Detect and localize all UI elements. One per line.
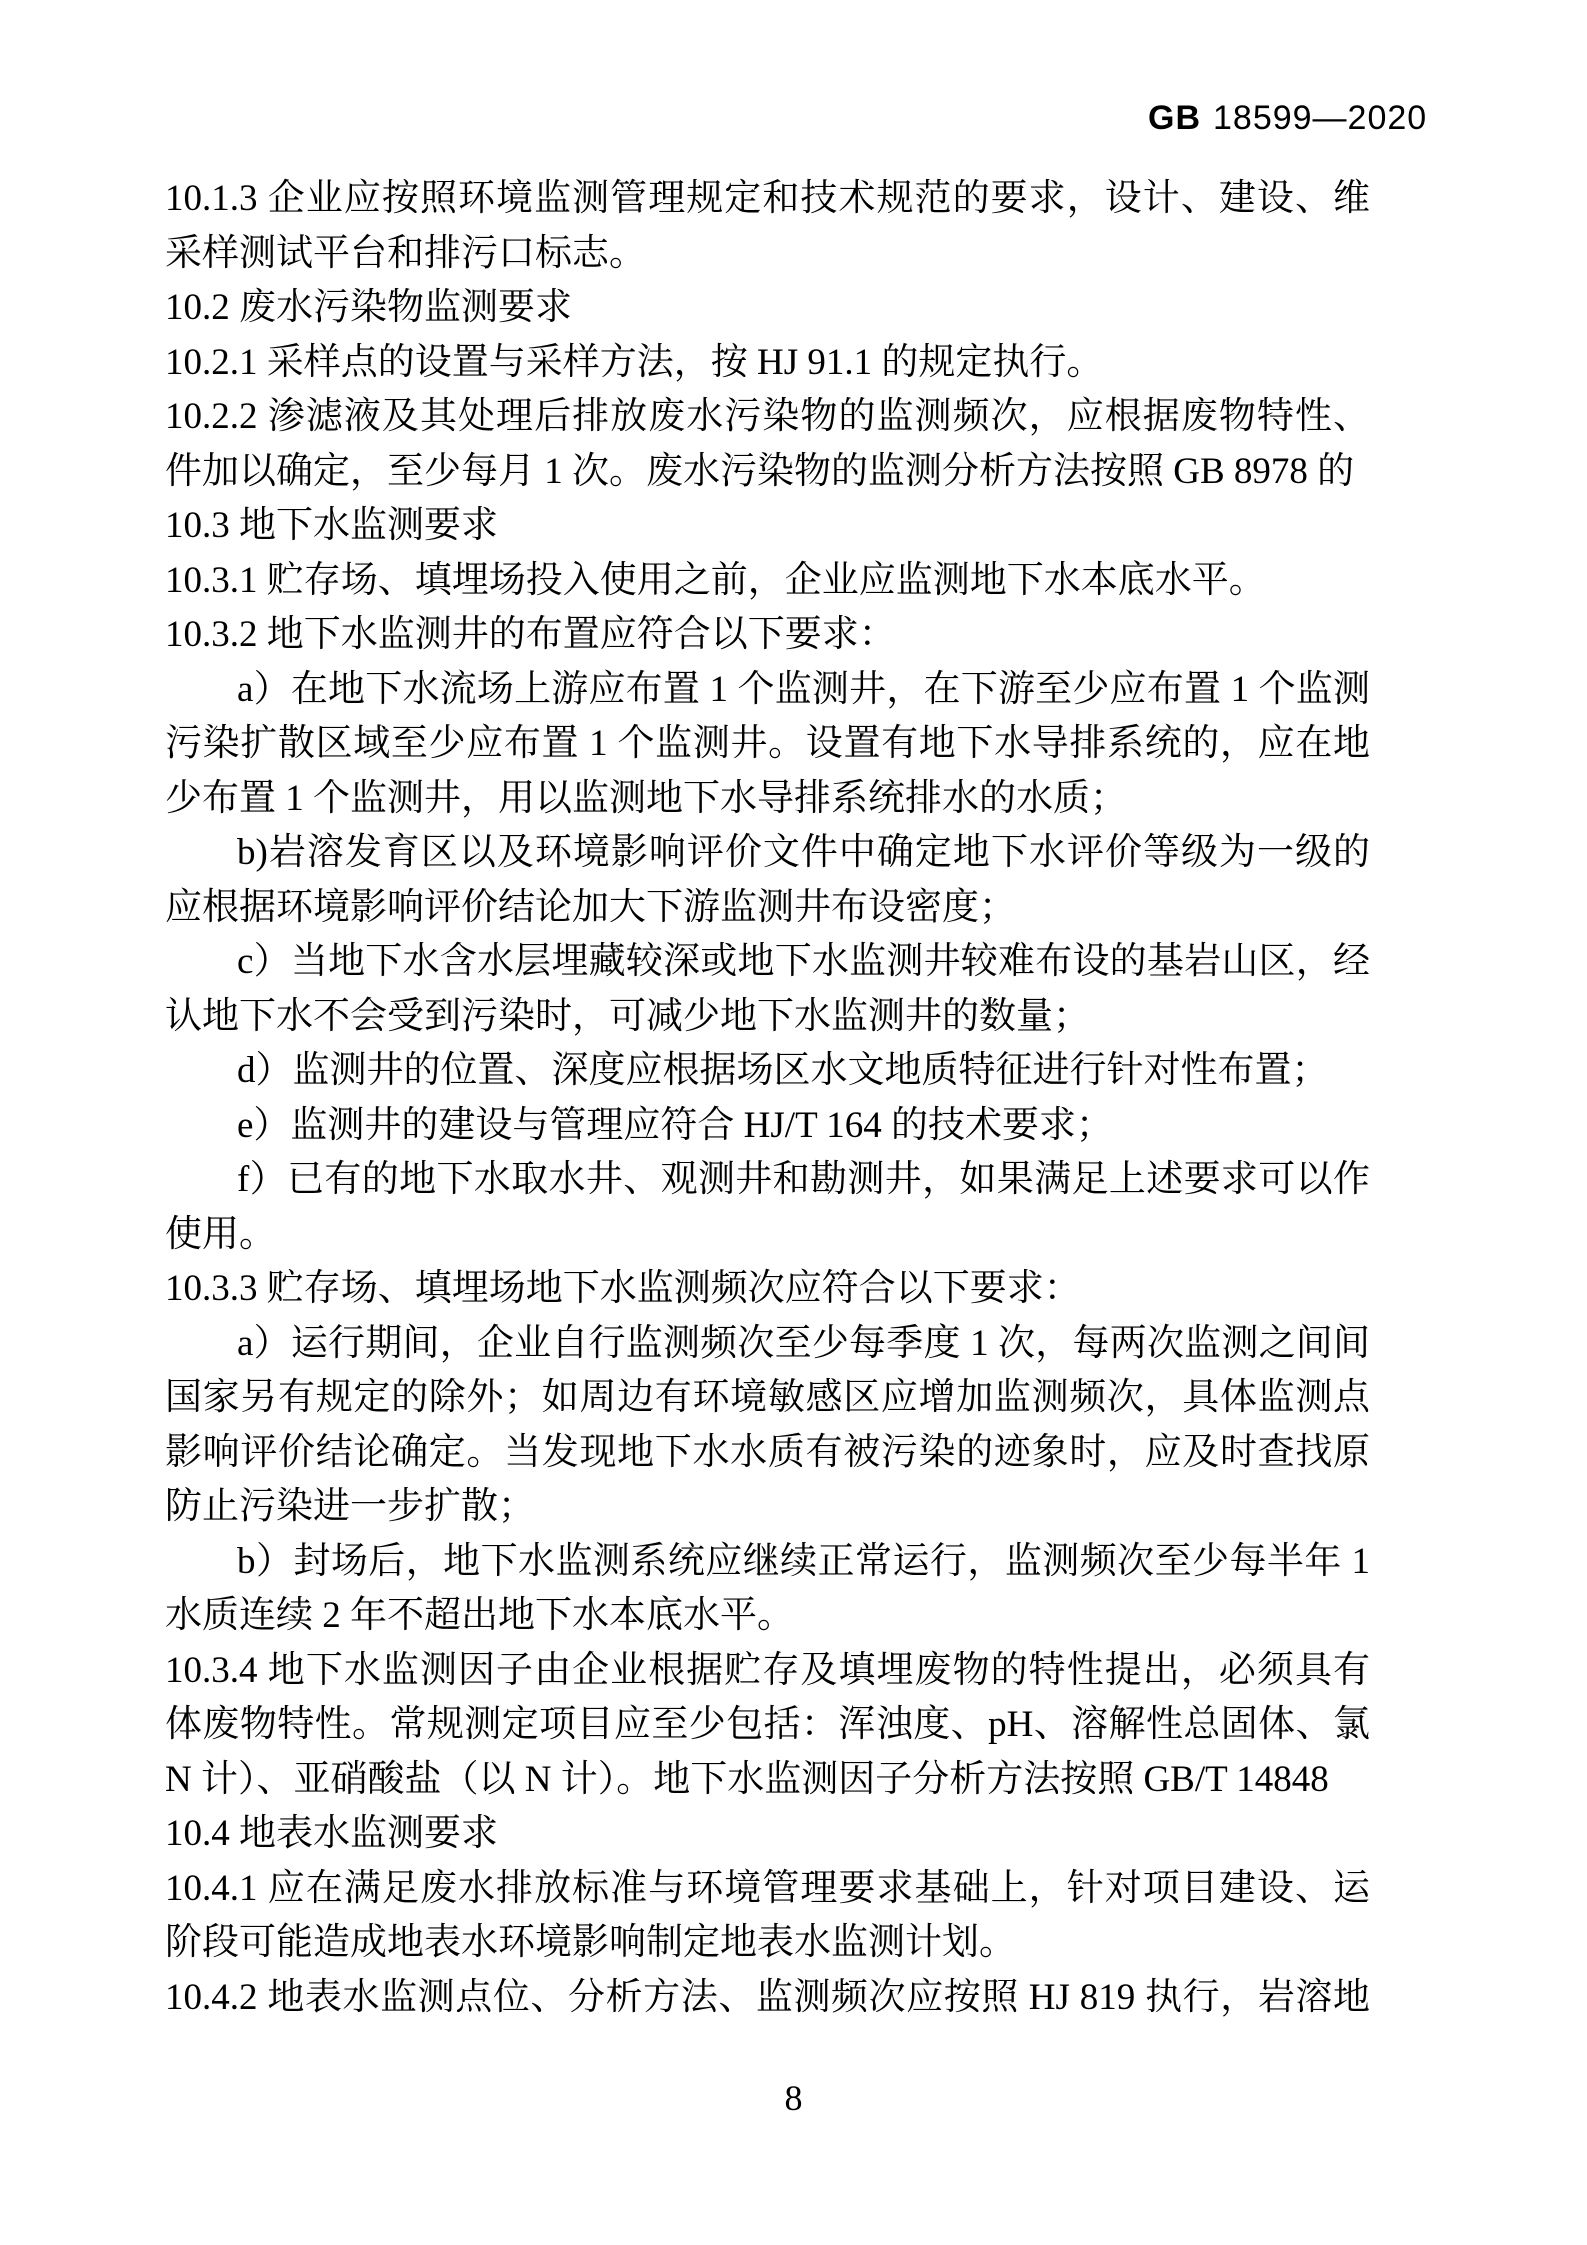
clause-10-3-4-line-2: 体废物特性。常规测定项目应至少包括：浑浊度、pH、溶解性总固体、氯化物、硝酸盐（… [165, 1698, 1370, 1753]
standard-code-number: 18599—2020 [1213, 99, 1427, 137]
standard-code-header: GB18599—2020 [1148, 100, 1427, 136]
item-b2-line-2: 水质连续 2 年不超出地下水本底水平。 [165, 1589, 1370, 1644]
clause-10-4-1-line-2: 阶段可能造成地表水环境影响制定地表水监测计划。 [165, 1916, 1370, 1971]
clause-10-3-2: 10.3.2 地下水监测井的布置应符合以下要求： [165, 608, 1370, 663]
item-d: d）监测井的位置、深度应根据场区水文地质特征进行针对性布置； [165, 1044, 1370, 1099]
item-b-line-1: b)岩溶发育区以及环境影响评价文件中确定地下水评价等级为一级的贮存场、填埋场， [165, 826, 1370, 881]
item-a-line-3: 少布置 1 个监测井，用以监测地下水导排系统排水的水质； [165, 772, 1370, 827]
clause-10-2-2-line-2: 件加以确定，至少每月 1 次。废水污染物的监测分析方法按照 GB 8978 的规… [165, 445, 1370, 500]
clause-10-1-3-line-1: 10.1.3 企业应按照环境监测管理规定和技术规范的要求，设计、建设、维护永久性… [165, 172, 1370, 227]
item-c-line-1: c）当地下水含水层埋藏较深或地下水监测井较难布设的基岩山区，经环境影响评价确 [165, 935, 1370, 990]
heading-10-3: 10.3 地下水监测要求 [165, 499, 1370, 554]
heading-10-4: 10.4 地表水监测要求 [165, 1807, 1370, 1862]
item-c-line-2: 认地下水不会受到污染时，可减少地下水监测井的数量； [165, 990, 1370, 1045]
clause-10-2-2-line-1: 10.2.2 渗滤液及其处理后排放废水污染物的监测频次，应根据废物特性、覆盖层和… [165, 390, 1370, 445]
clause-10-3-1: 10.3.1 贮存场、填埋场投入使用之前，企业应监测地下水本底水平。 [165, 554, 1370, 609]
item-a2-line-2: 国家另有规定的除外；如周边有环境敏感区应增加监测频次，具体监测点位和频次依据环境 [165, 1371, 1370, 1426]
heading-10-2: 10.2 废水污染物监测要求 [165, 281, 1370, 336]
clause-10-4-2-line-1: 10.4.2 地表水监测点位、分析方法、监测频次应按照 HJ 819 执行，岩溶… [165, 1971, 1370, 2026]
item-a2-line-4: 防止污染进一步扩散； [165, 1480, 1370, 1535]
item-a2-line-1: a）运行期间，企业自行监测频次至少每季度 1 次，每两次监测之间间隔不少于 1 … [165, 1317, 1370, 1372]
clause-10-2-1: 10.2.1 采样点的设置与采样方法，按 HJ 91.1 的规定执行。 [165, 336, 1370, 391]
document-body: 10.1.3 企业应按照环境监测管理规定和技术规范的要求，设计、建设、维护永久性… [165, 172, 1370, 2025]
clause-10-3-4-line-1: 10.3.4 地下水监测因子由企业根据贮存及填埋废物的特性提出，必须具有代表性且… [165, 1644, 1370, 1699]
clause-10-1-3-line-2: 采样测试平台和排污口标志。 [165, 227, 1370, 282]
item-b2-line-1: b）封场后，地下水监测系统应继续正常运行，监测频次至少每半年 1 次，直到地下水 [165, 1535, 1370, 1590]
item-f-line-1: f）已有的地下水取水井、观测井和勘测井，如果满足上述要求可以作为地下水监测井 [165, 1153, 1370, 1208]
standard-code-prefix: GB [1148, 99, 1201, 137]
clause-10-4-1-line-1: 10.4.1 应在满足废水排放标准与环境管理要求基础上，针对项目建设、运行、封场… [165, 1862, 1370, 1917]
document-page: GB18599—2020 10.1.3 企业应按照环境监测管理规定和技术规范的要… [0, 0, 1587, 2245]
item-e: e）监测井的建设与管理应符合 HJ/T 164 的技术要求； [165, 1099, 1370, 1154]
item-a-line-2: 污染扩散区域至少应布置 1 个监测井。设置有地下水导排系统的，应在地下水主管出口… [165, 717, 1370, 772]
item-b-line-2: 应根据环境影响评价结论加大下游监测井布设密度； [165, 881, 1370, 936]
clause-10-3-3: 10.3.3 贮存场、填埋场地下水监测频次应符合以下要求： [165, 1262, 1370, 1317]
item-a2-line-3: 影响评价结论确定。当发现地下水水质有被污染的迹象时，应及时查找原因并采取补救措施… [165, 1426, 1370, 1481]
item-a-line-1: a）在地下水流场上游应布置 1 个监测井，在下游至少应布置 1 个监测井，在可能… [165, 663, 1370, 718]
page-number: 8 [0, 2078, 1587, 2118]
item-f-line-2: 使用。 [165, 1208, 1370, 1263]
clause-10-3-4-line-3: N 计）、亚硝酸盐（以 N 计）。地下水监测因子分析方法按照 GB/T 1484… [165, 1753, 1370, 1808]
